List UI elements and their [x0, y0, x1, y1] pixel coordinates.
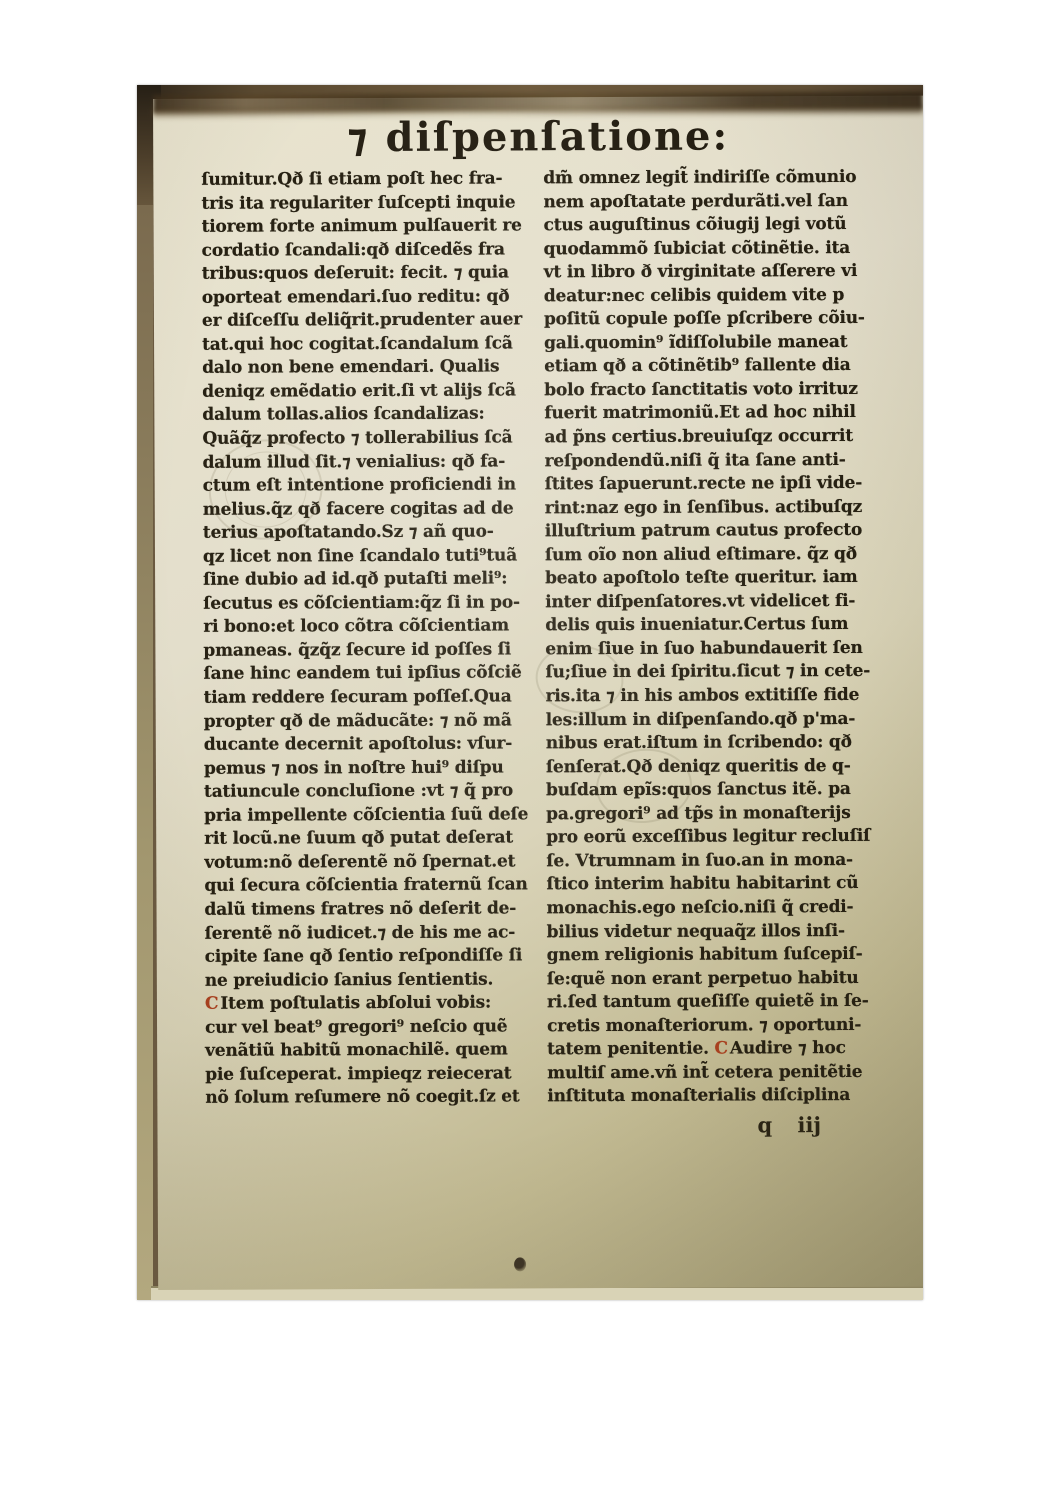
text-line: ſumitur.Qð ſi etiam poſt hec fra- [201, 167, 541, 192]
text-line: qz licet non ſine ſcandalo tuti⁹tuã [203, 544, 543, 569]
text-line: ſtites ſapuerunt.recte ne ipſi vide- [545, 472, 913, 497]
text-line: les:illum in diſpenſando.qð p'ma- [546, 707, 914, 732]
text-line: illuſtrium patrum cautus profecto [545, 519, 913, 544]
text-line: pria impellente cõſcientia ſuũ deſe [204, 803, 544, 828]
text-line: pro eorũ exceſſibus legitur recluſiſ [546, 825, 914, 850]
text-line: ri bono:et loco cõtra cõſcientiam [203, 615, 543, 640]
text-line: ſtico interim habitu habitarint cũ [546, 872, 914, 897]
text-line: pemus ⁊ nos in noſtre hui⁹ diſpu [204, 756, 544, 781]
text-line: nõ ſolum reſumere nõ coegit.ſz et [205, 1086, 545, 1111]
text-line: ri.ſed tantum queſiſſe quietẽ in ſe- [547, 990, 915, 1015]
text-line: ſe:quẽ non erant perpetuo habitu [547, 966, 915, 991]
text-line: gali.quomin⁹ ĩdiſſolubile maneat [544, 331, 912, 356]
text-line: ſe. Vtrumnam in ſuo.an in mona- [546, 849, 914, 874]
text-line: tris ita regulariter ſuſcepti inquie [201, 191, 541, 216]
text-line: poſitũ copule poſſe pſcribere cõiu- [544, 307, 912, 332]
text-line: etiam qð a cõtinẽtib⁹ fallente dia [544, 354, 912, 379]
text-line: qui ſecura cõſcientia fraternũ ſcan [204, 874, 544, 899]
text-line: dalũ timens fratres nõ deſerit de- [204, 897, 544, 922]
text-line: tribus:quos deſeruit: fecit. ⁊ quia [202, 261, 542, 286]
text-line: nibus erat.iſtum in ſcribendo: qð [546, 731, 914, 756]
text-line: beato apoſtolo teſte queritur. iam [545, 566, 913, 591]
text-line: quodammõ ſubiciat cõtinẽtie. ita [544, 236, 912, 261]
text-line: bilius videtur nequaq̃z illos inſi- [547, 919, 915, 944]
text-line: reſpondendũ.niſi q̃ ita ſane anti- [545, 448, 913, 473]
text-line: venãtiũ habitũ monachilẽ. quem [205, 1039, 545, 1064]
text-line: bolo fracto ſanctitatis voto irrituz [544, 378, 912, 403]
text-line: inſtituta monaſterialis diſciplina [547, 1084, 915, 1109]
text-line: ad p̃ns certius.breuiuſqz occurrit [544, 425, 912, 450]
text-line: multiſ ame.vñ int̃ cetera penitẽtie [547, 1060, 915, 1085]
text-line: tat.qui hoc cogitat.ſcandalum ſcã [202, 332, 542, 357]
text-line: rit locũ.ne ſuum qð putat deſerat [204, 827, 544, 852]
text-line: gnem religionis habitum ſuſcepiſ- [547, 943, 915, 968]
book-page: ⁊ diſpenſatione: ſumitur.Qð ſi etiam poſ… [153, 96, 923, 1290]
text-line: inter diſpenſatores.vt videlicet fi- [545, 590, 913, 615]
text-line: dalum tollas.alios ſcandalizas: [202, 403, 542, 428]
wormhole-spot [514, 1257, 526, 1271]
photo-area: ⁊ diſpenſatione: ſumitur.Qð ſi etiam poſ… [137, 85, 923, 1300]
text-line: votum:nõ deſerentẽ nõ ſpernat.et [204, 850, 544, 875]
text-line: ſane hinc eandem tui ipſius cõſciẽ [203, 662, 543, 687]
text-line: deniqz emẽdatio erit.ſi vt alijs ſcã [202, 379, 542, 404]
text-line: delis quis inueniatur.Certus ſum [545, 613, 913, 638]
text-line: dm̃ omnez legit̃ indiriſſe cõmunio [543, 166, 911, 191]
text-line: oporteat emendari.ſuo reditu: qð [202, 285, 542, 310]
text-line: rint:naz ego in ſenſibus. actibuſqz [545, 495, 913, 520]
text-line: ſecutus es cõſcientiam:q̃z ſi in po- [203, 591, 543, 616]
text-line: propter qð de mãducãte: ⁊ nõ mã [204, 709, 544, 734]
text-line: fuerit matrimoniũ.Et ad hoc nihil [544, 401, 912, 426]
text-line: ſine dubio ad id.qð putaſti meli⁹: [203, 568, 543, 593]
text-line: tiorem forte animum pulſauerit re [202, 214, 542, 239]
text-line: cipite ſane qð ſentio reſpondiſſe ſi [205, 944, 545, 969]
signature-mark: q iij [757, 1112, 897, 1138]
text-line: ſerentẽ nõ iudicet.⁊ de his me ac- [205, 921, 545, 946]
scanned-book-photo: ⁊ diſpenſatione: ſumitur.Qð ſi etiam poſ… [0, 0, 1060, 1500]
text-line: er diſceſſu deliq̃rit.prudenter auer [202, 309, 542, 334]
text-line: cordatio ſcandali:qð diſcedẽs fra [202, 238, 542, 263]
text-line: vt in libro ð virginitate aſſerere vi [544, 260, 912, 285]
text-line: CItem poſtulatis abſolui vobis: [205, 991, 545, 1016]
rubricated-capitulum: C [205, 994, 220, 1014]
text-line: nem apoſtatate perdurãti.vel ſan [543, 189, 911, 214]
text-line: pmaneas. q̃zq̃z ſecure id poſſes ſi [203, 638, 543, 663]
text-line: monachis.ego neſcio.niſi q̃ credi- [546, 896, 914, 921]
text-line: tatem penitentie. CAudire ⁊ hoc [547, 1037, 915, 1062]
text-line: cretis monaſteriorum. ⁊ oportuni- [547, 1013, 915, 1038]
text-line: tatiuncule concluſione :vt ⁊ q̃ pro [204, 780, 544, 805]
text-column-right: dm̃ omnez legit̃ indiriſſe cõmunionem ap… [543, 166, 915, 1109]
text-line: cur vel beat⁹ gregori⁹ neſcio quẽ [205, 1015, 545, 1040]
rubricated-capitulum: C [714, 1039, 729, 1059]
text-line: pie ſuſceperat. impieqz reiecerat [205, 1062, 545, 1087]
text-line: ne preiudicio ſanius ſentientis. [205, 968, 545, 993]
text-line: dalo non bene emendari. Qualis [202, 356, 542, 381]
running-title: ⁊ diſpenſatione: [153, 112, 923, 162]
text-line: ducante decernit apoſtolus: vſur- [204, 732, 544, 757]
text-block: ſumitur.Qð ſi etiam poſt hec fra-tris it… [153, 166, 923, 169]
text-column-left: ſumitur.Qð ſi etiam poſt hec fra-tris it… [201, 167, 545, 1110]
text-line: ſum oĩo non aliud eſtimare. q̃z qð [545, 542, 913, 567]
text-line: tiam reddere ſecuram poſſeſ.Qua [204, 685, 544, 710]
text-line: ctus auguſtinus cõiugij legi votũ [544, 213, 912, 238]
text-line: deatur:nec celibis quidem vite p [544, 283, 912, 308]
page-left-edge [137, 205, 153, 1300]
